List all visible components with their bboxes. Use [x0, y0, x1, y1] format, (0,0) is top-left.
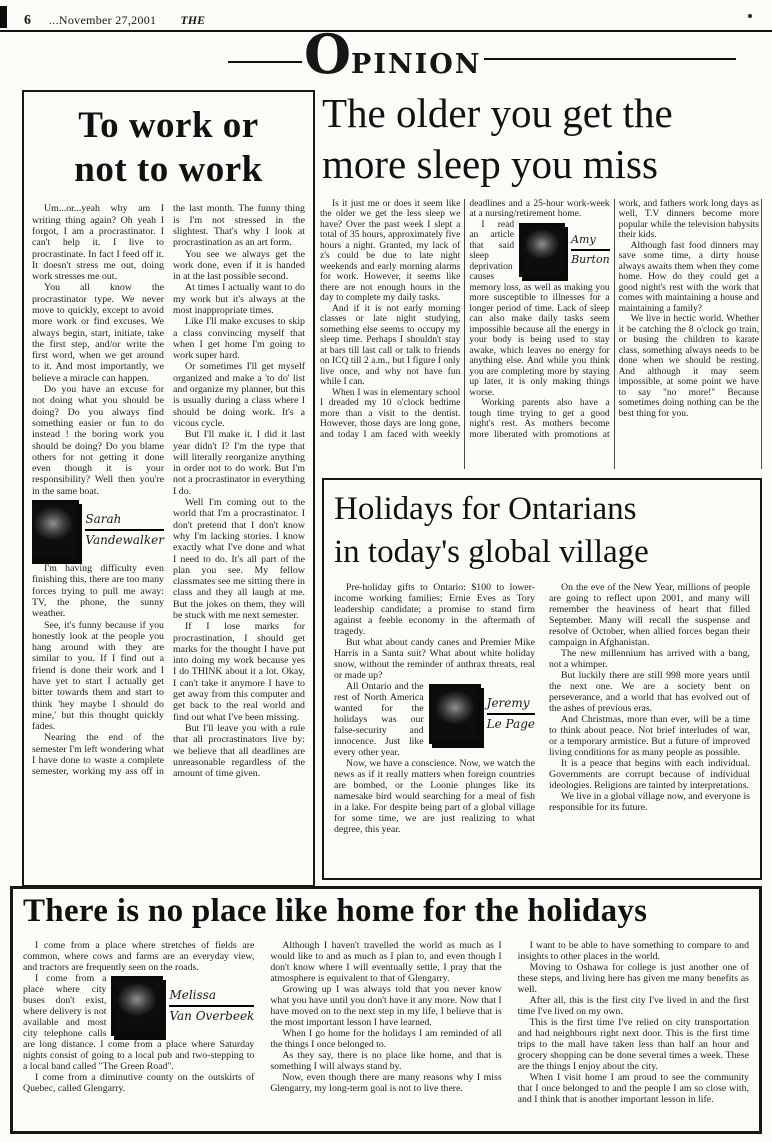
author-photo — [32, 500, 79, 560]
author-name: Amy Burton — [571, 233, 610, 267]
article-to-work-or-not-to-work: To work ornot to work Um...or...yeah why… — [22, 90, 315, 887]
paragraph: And if it is not early morning classes o… — [320, 304, 460, 388]
paragraph: It is a peace that begins with each indi… — [549, 758, 750, 791]
article-body: Pre-holiday gifts to Ontario: $100 to lo… — [334, 582, 750, 866]
article-no-place-like-home: There is no place like home for the holi… — [10, 886, 762, 1134]
paragraph: Moving to Oshawa for college is just ano… — [518, 962, 749, 995]
article-body: Um...or...yeah why am I writing thing ag… — [32, 203, 305, 867]
article-title: There is no place like home for the holi… — [23, 893, 749, 931]
masthead-fragment: THE — [180, 13, 205, 27]
paragraph: Although fast food dinners may save some… — [619, 241, 759, 315]
page-number: 6 — [24, 13, 31, 28]
paragraph: Although I haven't travelled the world a… — [270, 940, 501, 984]
paragraph: But what about candy canes and Premier M… — [334, 637, 535, 681]
author-name: Jeremy Le Page — [487, 696, 535, 732]
byline-melissa-van-overbeek: Melissa Van Overbeek — [111, 976, 254, 1036]
issue-date: ...November 27,2001 — [49, 13, 156, 27]
paragraph: I come from a place where stretches of f… — [23, 940, 254, 973]
paragraph: You see we always get the work done, eve… — [173, 249, 305, 283]
article-older-you-get-more-sleep-you-miss: The older you get themore sleep you miss… — [320, 88, 762, 476]
paragraph: You all know the procrastinator type. We… — [32, 282, 164, 384]
paragraph: But I'll leave you with a rule that all … — [173, 723, 305, 779]
paragraph: Is it just me or does it seem like the o… — [320, 199, 460, 304]
paragraph: This is the first time I've relied on ci… — [518, 1017, 749, 1072]
article-title: Holidays for Ontariansin today's global … — [334, 488, 750, 574]
paragraph: But luckily there are still 998 more yea… — [549, 670, 750, 714]
paragraph: Well I'm coming out to the world that I'… — [173, 497, 305, 621]
article-holidays-for-ontarians: Holidays for Ontariansin today's global … — [322, 478, 762, 880]
paragraph: On the eve of the New Year, millions of … — [549, 582, 750, 648]
byline-jeremy-le-page: Jeremy Le Page — [429, 684, 535, 744]
paragraph: I come from a diminutive county on the o… — [23, 1072, 254, 1094]
title-line: The older you get the — [322, 90, 673, 136]
author-name: Sarah Vandewalker — [85, 512, 164, 548]
paragraph: At times I actually want to do my work b… — [173, 282, 305, 316]
title-line: not to work — [74, 149, 262, 190]
title-line: There is no place like home for the holi… — [23, 893, 647, 929]
paragraph: When I go home for the holidays I am rem… — [270, 1028, 501, 1050]
author-first-name: Jeremy — [487, 696, 535, 715]
title-line: To work or — [78, 105, 258, 146]
byline-amy-burton: Amy Burton — [519, 223, 610, 277]
paragraph: When I visit home I am proud to see the … — [518, 1072, 749, 1105]
newspaper-page: 6 ...November 27,2001 THE OPINION To wor… — [0, 0, 772, 1142]
paragraph: See, it's funny because if you honestly … — [32, 620, 164, 733]
paragraph: I want to be able to have something to c… — [518, 940, 749, 962]
section-title: OPINION — [302, 30, 484, 80]
author-last-name: Vandewalker — [85, 533, 164, 548]
paragraph: After all, this is the first city I've l… — [518, 995, 749, 1017]
article-body: I come from a place where stretches of f… — [23, 940, 749, 1126]
paragraph: We live in hectic world. Whether it be c… — [619, 314, 759, 419]
section-masthead: OPINION — [228, 34, 736, 76]
section-name: PINION — [351, 49, 481, 80]
article-title: The older you get themore sleep you miss — [322, 88, 762, 190]
paragraph: Now, even though there are many reasons … — [270, 1072, 501, 1094]
paragraph: Um...or...yeah why am I writing thing ag… — [32, 203, 164, 282]
page-header: 6 ...November 27,2001 THE — [24, 11, 205, 29]
paragraph: Now, we have a conscience. Now, we watch… — [334, 758, 535, 835]
author-first-name: Melissa — [169, 988, 254, 1007]
author-photo — [429, 684, 481, 744]
title-line: in today's global village — [334, 534, 649, 570]
article-body: Is it just me or does it seem like the o… — [320, 199, 762, 469]
paragraph: Growing up I was always told that you ne… — [270, 984, 501, 1028]
paragraph: Do you have an excuse for not doing what… — [32, 384, 164, 497]
scan-artifact — [0, 6, 7, 28]
masthead-rule-right — [484, 58, 737, 60]
paragraph: As they say, there is no place like home… — [270, 1050, 501, 1072]
paragraph: Pre-holiday gifts to Ontario: $100 to lo… — [334, 582, 535, 637]
masthead-rule-left — [228, 61, 302, 63]
author-last-name: Van Overbeek — [169, 1009, 254, 1024]
author-last-name: Burton — [571, 253, 610, 267]
scan-artifact — [748, 14, 752, 18]
author-first-name: Amy — [571, 233, 610, 251]
paragraph: The new millennium has arrived with a ba… — [549, 648, 750, 670]
byline-sarah-vandewalker: Sarah Vandewalker — [32, 500, 164, 560]
article-title: To work ornot to work — [32, 104, 305, 191]
section-initial: O — [304, 22, 351, 86]
author-photo — [111, 976, 163, 1036]
paragraph: We live in a global village now, and eve… — [549, 791, 750, 813]
paragraph: If I lose marks for procrastination, I s… — [173, 621, 305, 723]
author-name: Melissa Van Overbeek — [169, 988, 254, 1024]
author-photo — [519, 223, 565, 277]
author-last-name: Le Page — [487, 717, 535, 732]
paragraph: But I'll make it. I did it last year did… — [173, 429, 305, 497]
paragraph: And Christmas, more than ever, will be a… — [549, 714, 750, 758]
title-line: Holidays for Ontarians — [334, 491, 636, 527]
author-first-name: Sarah — [85, 512, 164, 531]
paragraph: Like I'll make excuses to skip a class c… — [173, 316, 305, 361]
title-line: more sleep you miss — [322, 141, 658, 187]
paragraph: Or sometimes I'll get myself organized a… — [173, 361, 305, 429]
